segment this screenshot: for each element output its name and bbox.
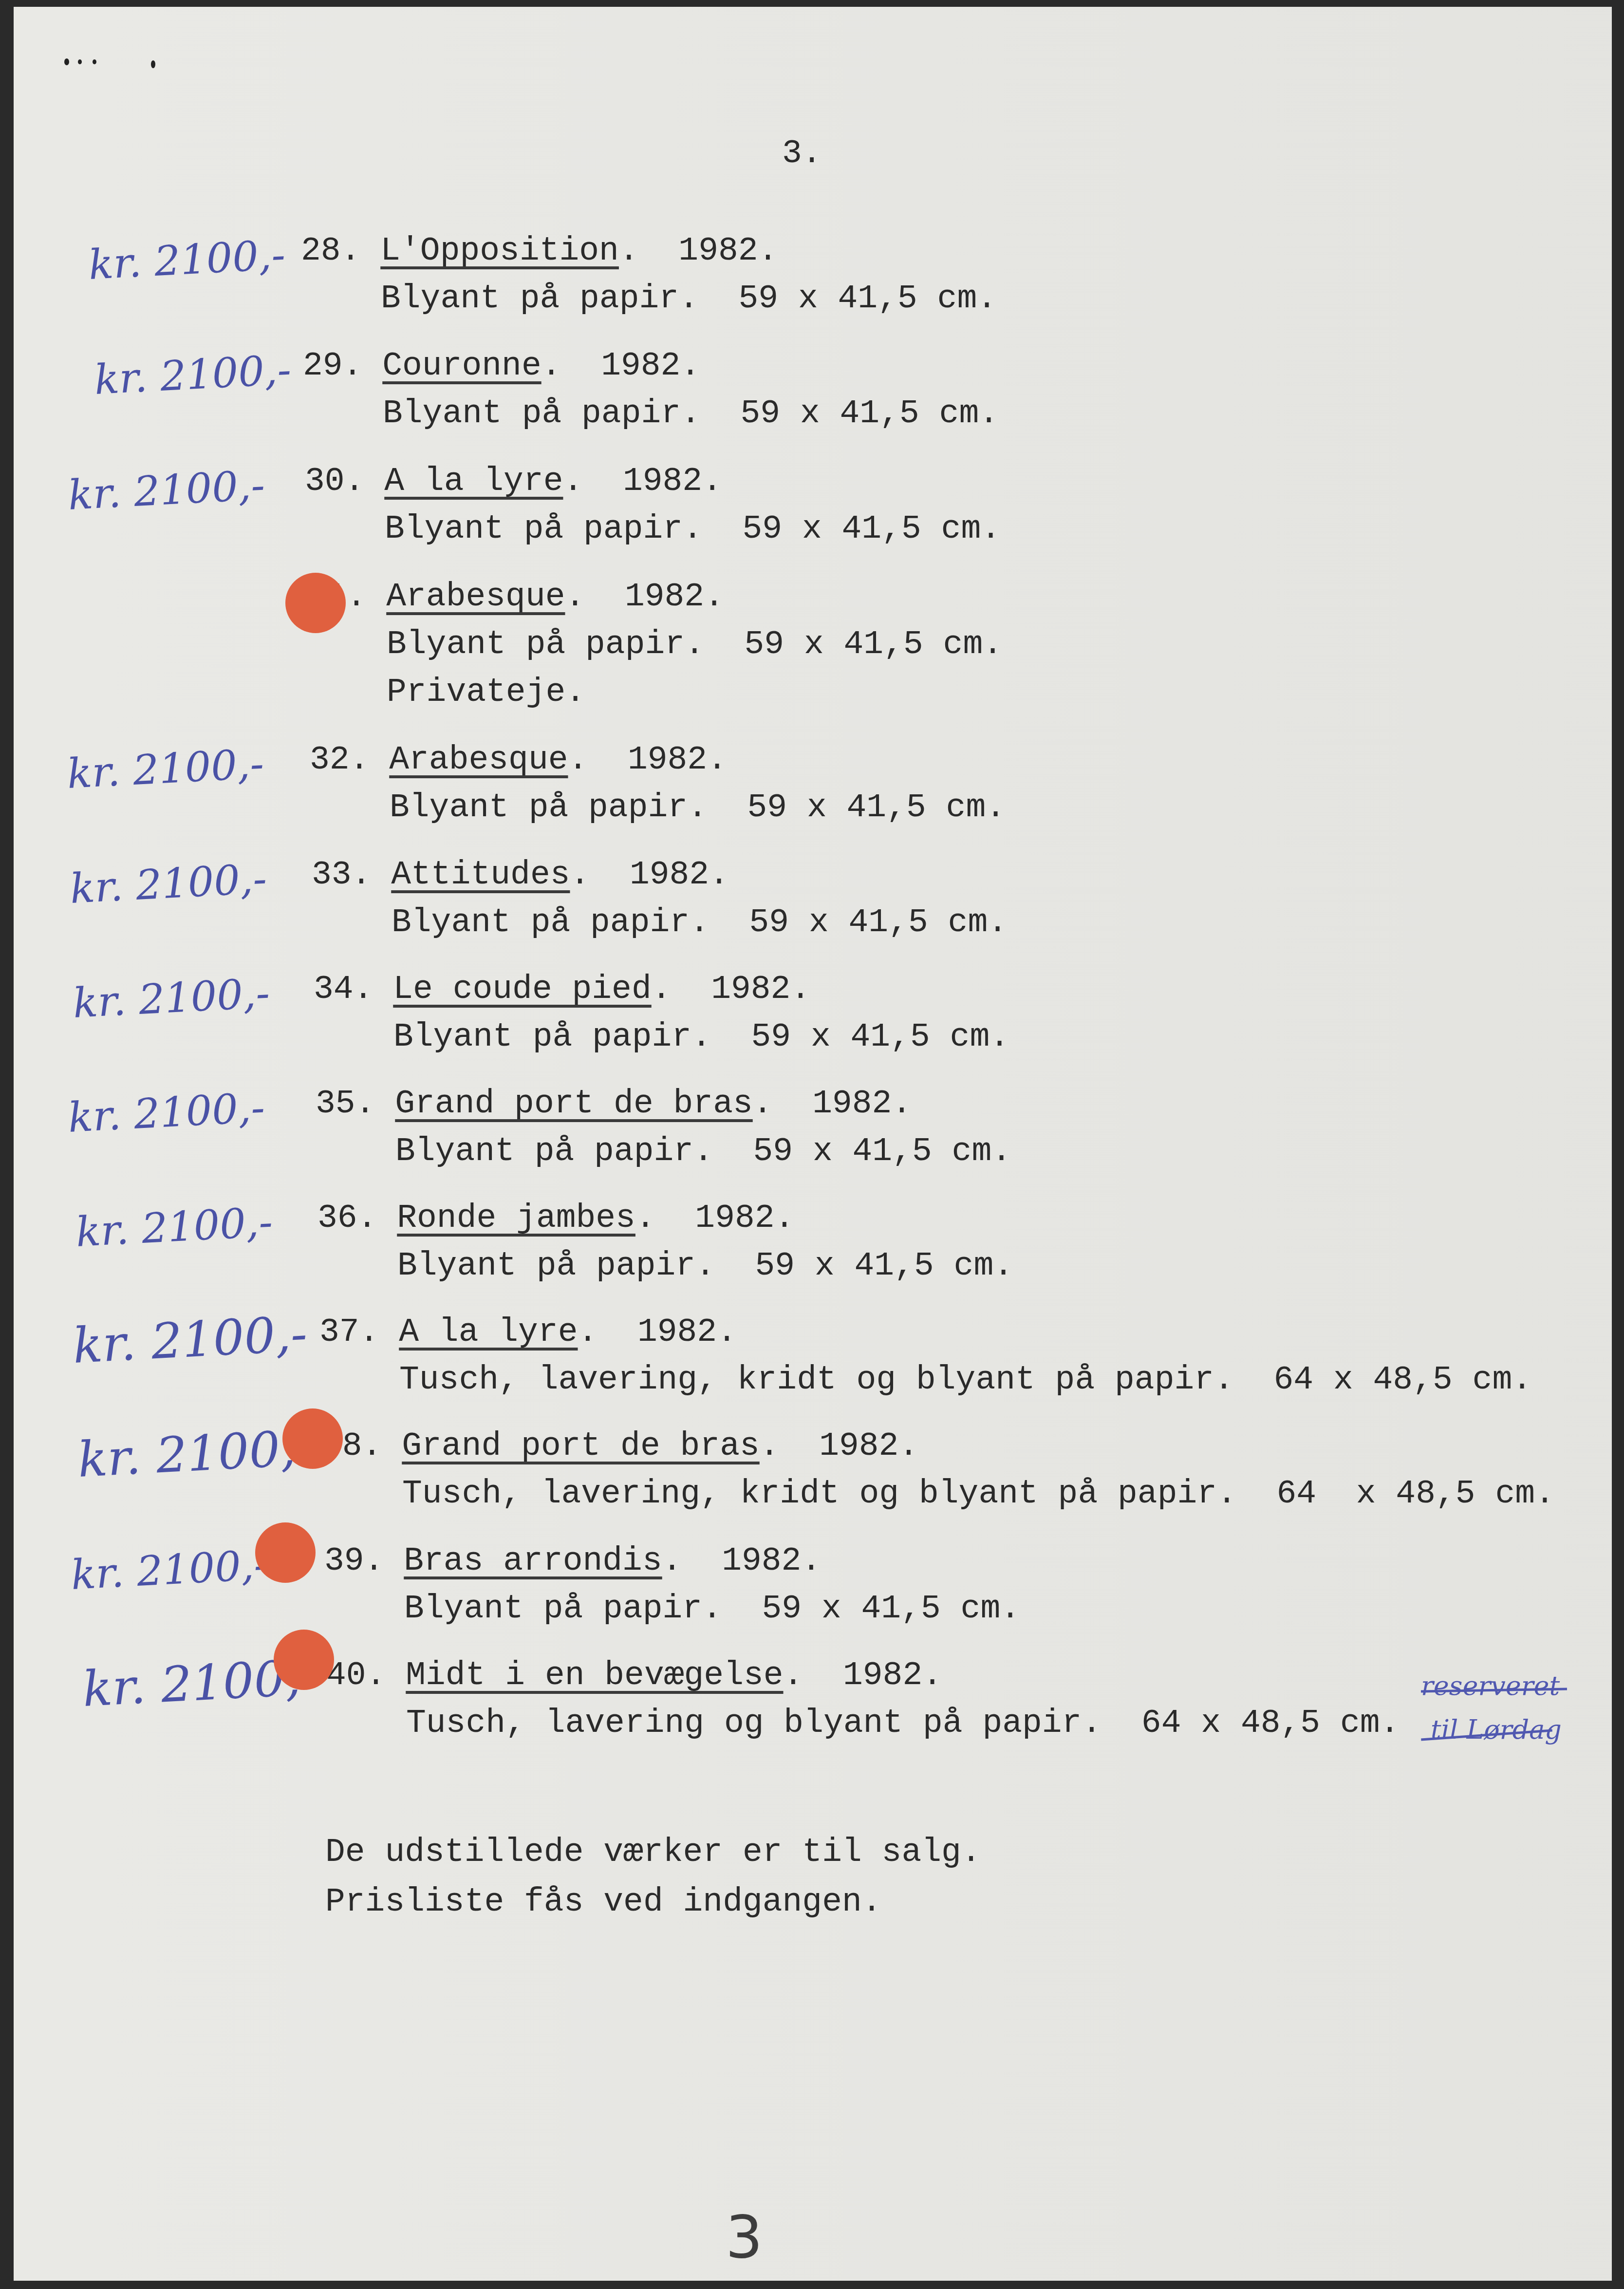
red-sold-dot-icon (282, 1408, 343, 1469)
item-medium: Blyant på papir. (392, 904, 709, 941)
item-year: 1982. (623, 463, 722, 500)
item-medium: Tusch, lavering og blyant på papir. (406, 1705, 1101, 1742)
catalogue-item-title-line: 33. Attitudes. 1982. (312, 859, 729, 892)
item-title: Le coude pied (393, 971, 652, 1008)
struck-annotation: reserveret til Lørdag (1421, 1666, 1567, 1778)
item-number: 35. (316, 1085, 375, 1123)
catalogue-item-title-line: 35. Grand port de bras. 1982. (316, 1088, 912, 1121)
item-size: 59 x 41,5 cm. (743, 510, 1001, 548)
item-medium: Blyant på papir. (387, 626, 705, 663)
handwritten-price: kr. 2100,- (88, 234, 286, 285)
item-number: 28. (301, 232, 360, 270)
item-medium: Tusch, lavering, kridt og blyant på papi… (399, 1361, 1234, 1399)
item-size: 64 x 48,5 cm. (1274, 1361, 1532, 1399)
item-year: 1982. (812, 1085, 912, 1123)
item-size: 59 x 41,5 cm. (741, 395, 999, 432)
punctuation: . (568, 741, 588, 779)
item-title: Attitudes (391, 856, 570, 894)
catalogue-item-medium-line: Blyant på papir. 59 x 41,5 cm. (387, 628, 1003, 661)
item-medium: Tusch, lavering, kridt og blyant på papi… (402, 1475, 1237, 1513)
punctuation: . (563, 463, 583, 500)
item-year: 1982. (625, 578, 724, 616)
item-medium: Blyant på papir. (385, 510, 703, 548)
item-number: 33. (312, 856, 371, 894)
handwritten-price: kr. 2100,- (70, 1544, 269, 1595)
punctuation: . (619, 232, 639, 270)
handwritten-price: kr. 2100,- (69, 858, 268, 909)
item-title: Grand port de bras (402, 1427, 760, 1465)
item-number: 39. (324, 1542, 384, 1580)
punctuation: . (760, 1427, 780, 1465)
struck-annotation-line1: reserveret (1421, 1670, 1560, 1701)
item-year: 1982. (819, 1427, 918, 1465)
item-number: 32. (310, 741, 369, 779)
item-title: Arabesque (389, 741, 568, 779)
footer-line-1: De udstillede værker er til salg. (325, 1836, 981, 1869)
ink-speck (64, 58, 69, 65)
item-number: 36. (317, 1200, 377, 1237)
catalogue-item-title-line: 29. Couronne. 1982. (303, 350, 700, 383)
item-note: Privateje. (387, 676, 585, 709)
catalogue-item-medium-line: Blyant på papir. 59 x 41,5 cm. (404, 1593, 1020, 1626)
catalogue-item-medium-line: Blyant på papir. 59 x 41,5 cm. (392, 906, 1008, 939)
catalogue-item-medium-line: Blyant på papir. 59 x 41,5 cm. (383, 397, 999, 431)
item-year: 1982. (601, 347, 700, 385)
catalogue-item-title-line: 31. Arabesque. 1982. (307, 581, 724, 614)
catalogue-item-medium-line: Tusch, lavering og blyant på papir. 64 x… (406, 1707, 1400, 1740)
item-year: 1982. (628, 741, 727, 779)
item-year: 1982. (678, 232, 778, 270)
handwritten-page-number: 3 (726, 2204, 763, 2271)
handwritten-price: kr. 2100,- (66, 743, 265, 794)
catalogue-item-medium-line: Blyant på papir. 59 x 41,5 cm. (397, 1250, 1013, 1283)
punctuation: . (784, 1657, 803, 1694)
catalogue-item-title-line: 38. Grand port de bras. 1982. (322, 1430, 918, 1463)
item-size: 59 x 41,5 cm. (751, 1018, 1010, 1056)
punctuation: . (565, 578, 585, 616)
ink-speck (93, 59, 96, 64)
catalogue-item-medium-line: Blyant på papir. 59 x 41,5 cm. (390, 791, 1006, 825)
item-medium: Blyant på papir. (381, 280, 699, 318)
punctuation: . (578, 1313, 598, 1351)
item-year: 1982. (843, 1657, 942, 1694)
item-size: 59 x 41,5 cm. (739, 280, 997, 318)
punctuation: . (753, 1085, 773, 1123)
item-medium: Blyant på papir. (393, 1018, 711, 1056)
item-year: 1982. (711, 971, 810, 1008)
item-medium: Blyant på papir. (390, 789, 708, 826)
item-title: Couronne (382, 347, 541, 385)
item-title: A la lyre (384, 463, 563, 500)
item-year: 1982. (722, 1542, 821, 1580)
catalogue-item-medium-line: Blyant på papir. 59 x 41,5 cm. (395, 1135, 1011, 1168)
item-title: Grand port de bras (395, 1085, 753, 1123)
catalogue-item-title-line: 34. Le coude pied. 1982. (314, 973, 810, 1006)
item-number: 34. (314, 971, 373, 1008)
catalogue-item-title-line: 28. L'Opposition. 1982. (301, 235, 778, 268)
item-title: L'Opposition (380, 232, 619, 270)
item-size: 59 x 41,5 cm. (747, 789, 1006, 826)
catalogue-item-medium-line: Blyant på papir. 59 x 41,5 cm. (381, 282, 997, 316)
item-medium: Blyant på papir. (395, 1133, 713, 1170)
catalogue-item-medium-line: Blyant på papir. 59 x 41,5 cm. (393, 1021, 1009, 1054)
catalogue-item-title-line: 36. Ronde jambes. 1982. (317, 1202, 794, 1235)
handwritten-price: kr. 2100,- (72, 1313, 308, 1367)
red-sold-dot-icon (285, 573, 346, 633)
catalogue-item-medium-line: Tusch, lavering, kridt og blyant på papi… (402, 1478, 1555, 1511)
item-title: Midt i en bevægelse (406, 1657, 783, 1694)
footer-line-2: Prisliste fås ved indgangen. (325, 1886, 882, 1919)
item-title: Ronde jambes (397, 1200, 635, 1237)
item-medium: Blyant på papir. (397, 1247, 715, 1285)
handwritten-price: kr. 2100,- (72, 973, 271, 1024)
handwritten-price: kr. 2100,- (77, 1427, 313, 1481)
catalogue-item-title-line: 39. Bras arrondis. 1982. (324, 1545, 821, 1578)
punctuation: . (541, 347, 561, 385)
red-sold-dot-icon (274, 1630, 334, 1690)
typed-page-number: 3. (782, 137, 822, 170)
item-year: 1982. (695, 1200, 794, 1237)
catalogue-item-title-line: 32. Arabesque. 1982. (310, 744, 727, 777)
item-size: 64 x 48,5 cm. (1141, 1705, 1400, 1742)
punctuation: . (662, 1542, 682, 1580)
punctuation: . (570, 856, 590, 894)
catalogue-item-medium-line: Blyant på papir. 59 x 41,5 cm. (385, 513, 1001, 546)
item-number: 37. (319, 1313, 379, 1351)
handwritten-price: kr. 2100,- (67, 1087, 266, 1138)
item-title: Arabesque (386, 578, 565, 616)
item-number: 40. (326, 1657, 386, 1694)
item-year: 1982. (637, 1313, 737, 1351)
handwritten-price: kr. 2100,- (93, 349, 292, 400)
catalogue-item-medium-line: Tusch, lavering, kridt og blyant på papi… (399, 1364, 1532, 1397)
catalogue-item-title-line: 37. A la lyre. 1982. (319, 1316, 737, 1349)
handwritten-price: kr. 2100,- (75, 1201, 274, 1253)
item-size: 64 x 48,5 cm. (1277, 1475, 1555, 1513)
item-title: Bras arrondis (404, 1542, 662, 1580)
item-size: 59 x 41,5 cm. (753, 1133, 1012, 1170)
item-size: 59 x 41,5 cm. (745, 626, 1003, 663)
item-medium: Blyant på papir. (404, 1590, 722, 1628)
red-sold-dot-icon (255, 1522, 316, 1583)
item-year: 1982. (630, 856, 729, 894)
ink-speck (151, 60, 155, 68)
item-number: 30. (305, 463, 364, 500)
item-medium: Blyant på papir. (383, 395, 701, 432)
punctuation: . (652, 971, 672, 1008)
ink-speck (78, 59, 82, 64)
item-size: 59 x 41,5 cm. (749, 904, 1008, 941)
catalogue-item-title-line: 30. A la lyre. 1982. (305, 465, 722, 498)
catalogue-item-title-line: 40. Midt i en bevægelse. 1982. (326, 1659, 942, 1692)
item-size: 59 x 41,5 cm. (762, 1590, 1021, 1628)
item-title: A la lyre (399, 1313, 578, 1351)
handwritten-price: kr. 2100,- (67, 465, 266, 516)
item-size: 59 x 41,5 cm. (755, 1247, 1014, 1285)
item-number: 29. (303, 347, 362, 385)
punctuation: . (635, 1200, 655, 1237)
